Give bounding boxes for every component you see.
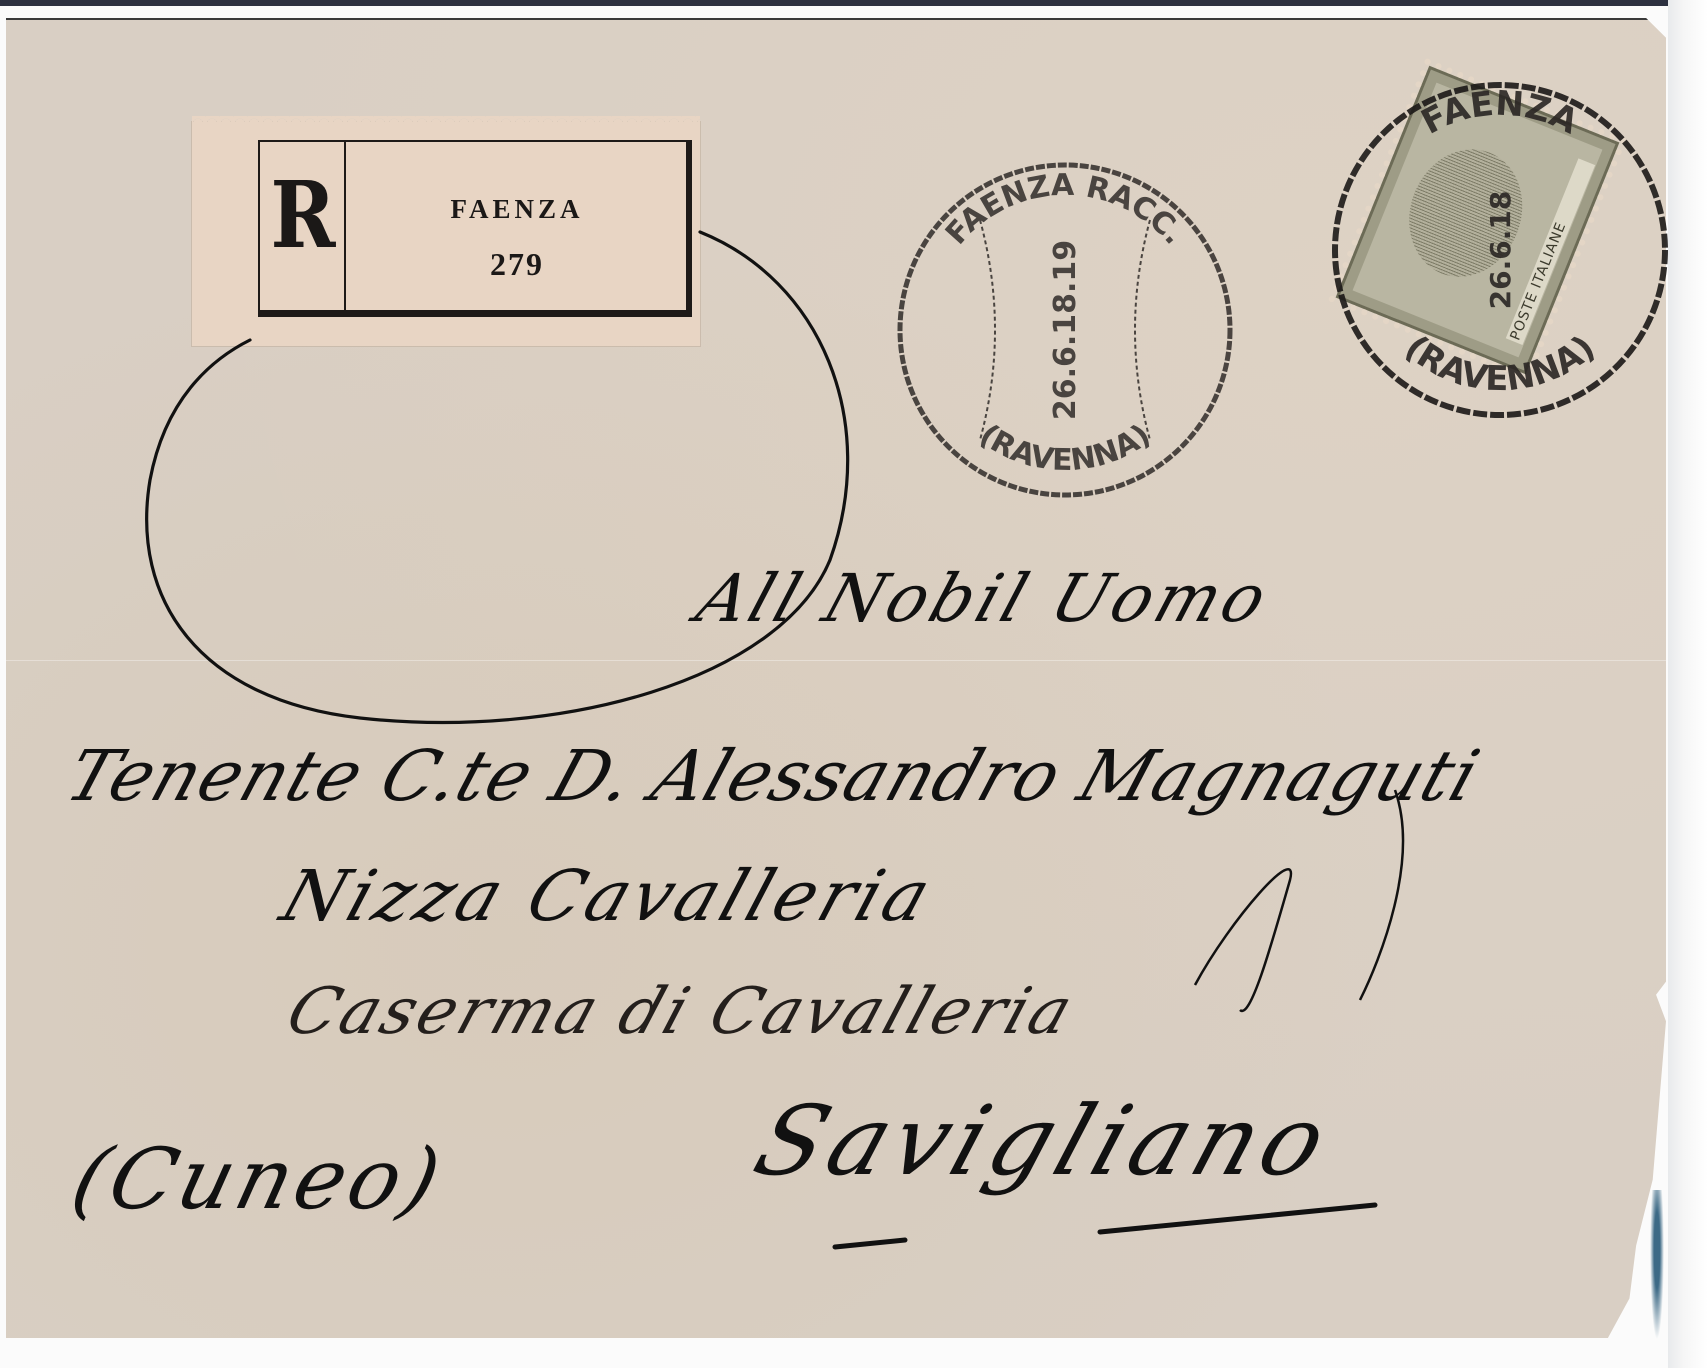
drawn-oval (147, 232, 848, 722)
svg-text:FAENZA: FAENZA (1415, 83, 1585, 142)
address-line-salutation: All Nobil Uomo (687, 560, 1279, 637)
address-line-name: Tenente C.te D. Alessandro Magnaguti (57, 735, 1490, 817)
address-city: Savigliano (742, 1085, 1346, 1197)
underline-savigliano (835, 1240, 905, 1247)
postmark-stamp-cancel: (RAVENNA) FAENZA 26.6.18 (1335, 83, 1665, 415)
postmark-top-text: FAENZA RACC. (939, 168, 1191, 252)
cancel-date: 26.6.18 (1484, 191, 1517, 310)
postmark-center: FAENZA RACC. (RAVENNA) 26.6.18.19 (900, 165, 1230, 495)
flourish-line2b (1360, 790, 1403, 1000)
cancel-top-text: FAENZA (1415, 83, 1585, 142)
flourish-line2 (1195, 869, 1291, 1011)
underline-savigliano-2 (1100, 1205, 1375, 1232)
svg-text:(RAVENNA): (RAVENNA) (973, 417, 1157, 478)
svg-text:FAENZA RACC.: FAENZA RACC. (939, 168, 1191, 252)
address-line-barracks: Caserma di Cavalleria (278, 975, 1084, 1049)
cancel-bottom-text: (RAVENNA) (1397, 328, 1603, 400)
postmark-bottom-text: (RAVENNA) (973, 417, 1157, 478)
address-line-regiment: Nizza Cavalleria (272, 855, 944, 937)
address-province: (Cuneo) (63, 1130, 454, 1228)
svg-text:(RAVENNA): (RAVENNA) (1397, 328, 1603, 400)
postmark-date: 26.6.18.19 (1048, 240, 1083, 420)
